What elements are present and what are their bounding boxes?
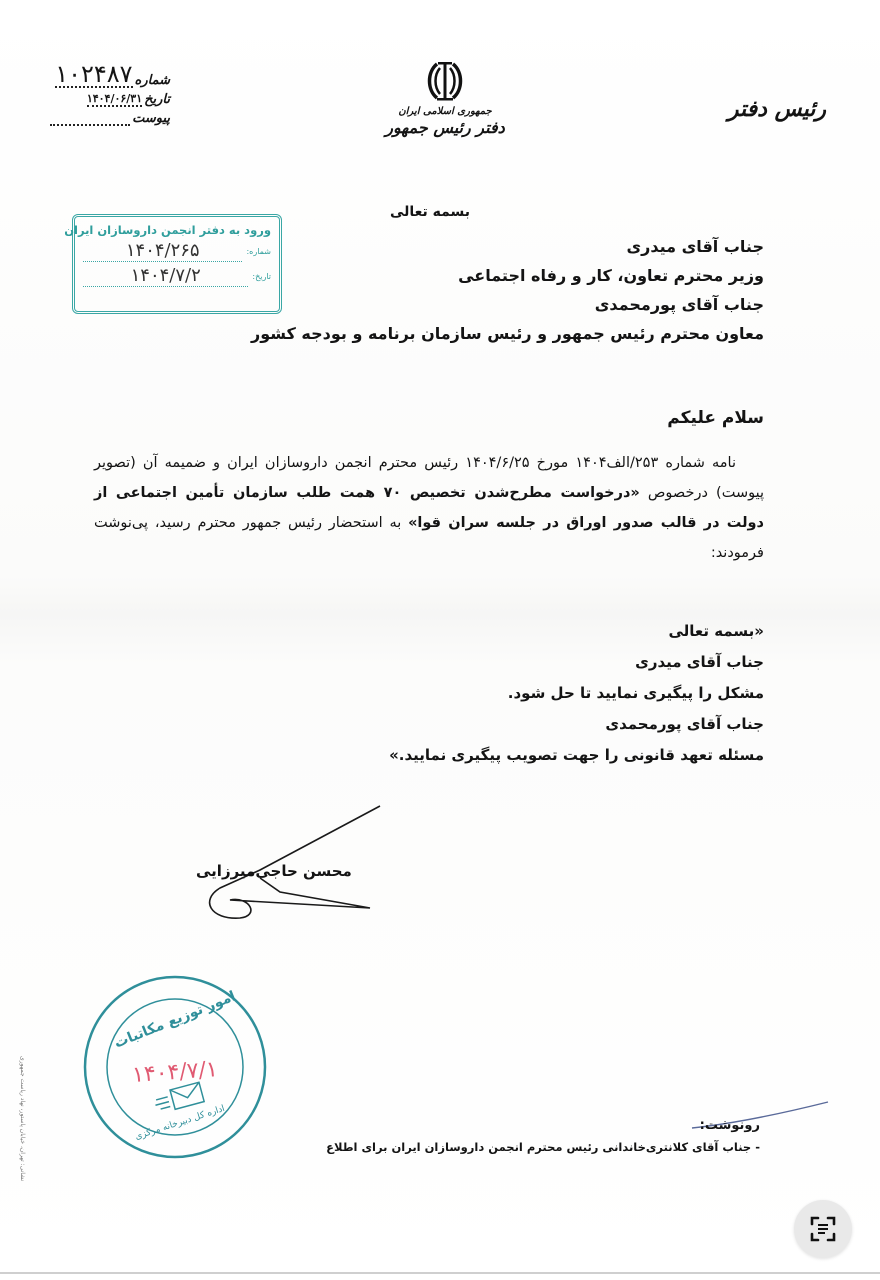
emblem-office-name: دفتر رئیس جمهور bbox=[380, 118, 510, 137]
recipients-block: جناب آقای میدری وزیر محترم تعاون، کار و … bbox=[251, 232, 764, 348]
recipient-line: وزیر محترم تعاون، کار و رفاه اجتماعی bbox=[251, 261, 764, 290]
attachment-row: پیوست bbox=[30, 111, 170, 126]
number-label: شماره bbox=[135, 73, 170, 88]
recipient-line: جناب آقای پورمحمدی bbox=[251, 290, 764, 319]
attachment-value bbox=[50, 112, 130, 126]
cc-label: رونوشت: bbox=[700, 1118, 760, 1133]
side-address-note: نشانی: تهران، خیابان پاستور، نهاد ریاست … bbox=[16, 1056, 26, 1186]
president-note: «بسمه تعالی جناب آقای میدری مشکل را پیگی… bbox=[389, 616, 764, 771]
cc-item: - جناب آقای کلانتری‌خاندانی رئیس محترم ا… bbox=[326, 1140, 760, 1154]
quote-line: «بسمه تعالی bbox=[389, 616, 764, 647]
distribution-stamp: امور توزیع مکاتبات ۱۴۰۴/۷/۱ اداره کل دبی… bbox=[80, 972, 270, 1162]
entry-stamp-title: ورود به دفتر انجمن داروسازان ایران bbox=[83, 223, 271, 237]
letter-number-row: شماره ۱۰۲۴۸۷ bbox=[30, 62, 170, 88]
entry-stamp-number: ۱۴۰۴/۲۶۵ bbox=[83, 241, 242, 262]
entry-stamp-date-line: تاریخ: ۱۴۰۴/۷/۲ bbox=[83, 266, 271, 287]
body-paragraph: نامه شماره ۲۵۳/الف۱۴۰۴ مورخ ۱۴۰۴/۶/۲۵ رئ… bbox=[94, 448, 764, 568]
letter-number: ۱۰۲۴۸۷ bbox=[55, 62, 132, 88]
attachment-label: پیوست bbox=[132, 111, 170, 126]
date-label: تاریخ bbox=[144, 92, 170, 107]
quote-line: مشکل را پیگیری نمایید تا حل شود. bbox=[389, 678, 764, 709]
quote-line: مسئله تعهد قانونی را جهت تصویب پیگیری نم… bbox=[389, 740, 764, 771]
bismillah-heading: بسمه تعالی bbox=[380, 204, 480, 220]
recipient-line: جناب آقای میدری bbox=[251, 232, 764, 261]
iran-emblem-icon bbox=[423, 58, 467, 104]
letter-meta: شماره ۱۰۲۴۸۷ تاریخ ۱۴۰۴/۰۶/۳۱ پیوست bbox=[30, 62, 170, 130]
emblem-country-name: جمهوری اسلامی ایران bbox=[380, 106, 510, 117]
letter-date: ۱۴۰۴/۰۶/۳۱ bbox=[87, 92, 142, 107]
letterhead-emblem: جمهوری اسلامی ایران دفتر رئیس جمهور bbox=[380, 58, 510, 137]
entry-stamp-number-line: شماره: ۱۴۰۴/۲۶۵ bbox=[83, 241, 271, 262]
office-head-title: رئیس دفتر bbox=[728, 96, 826, 122]
recipient-line: معاون محترم رئیس جمهور و رئیس سازمان برن… bbox=[251, 319, 764, 348]
letter-date-row: تاریخ ۱۴۰۴/۰۶/۳۱ bbox=[30, 92, 170, 107]
text-scan-button[interactable] bbox=[794, 1200, 852, 1258]
quote-line: جناب آقای میدری bbox=[389, 647, 764, 678]
side-address-text: نشانی: تهران، خیابان پاستور، نهاد ریاست … bbox=[19, 1056, 26, 1181]
entry-stamp-date: ۱۴۰۴/۷/۲ bbox=[83, 266, 248, 287]
envelope-icon bbox=[153, 1082, 205, 1114]
page-edge bbox=[0, 1272, 880, 1274]
text-scan-icon bbox=[809, 1215, 837, 1243]
quote-line: جناب آقای پورمحمدی bbox=[389, 709, 764, 740]
letter-page: شماره ۱۰۲۴۸۷ تاریخ ۱۴۰۴/۰۶/۳۱ پیوست جمهو… bbox=[0, 0, 880, 1280]
greeting: سلام علیکم bbox=[667, 408, 764, 428]
signatory-name: محسن حاجی‌میرزایی bbox=[196, 862, 352, 880]
